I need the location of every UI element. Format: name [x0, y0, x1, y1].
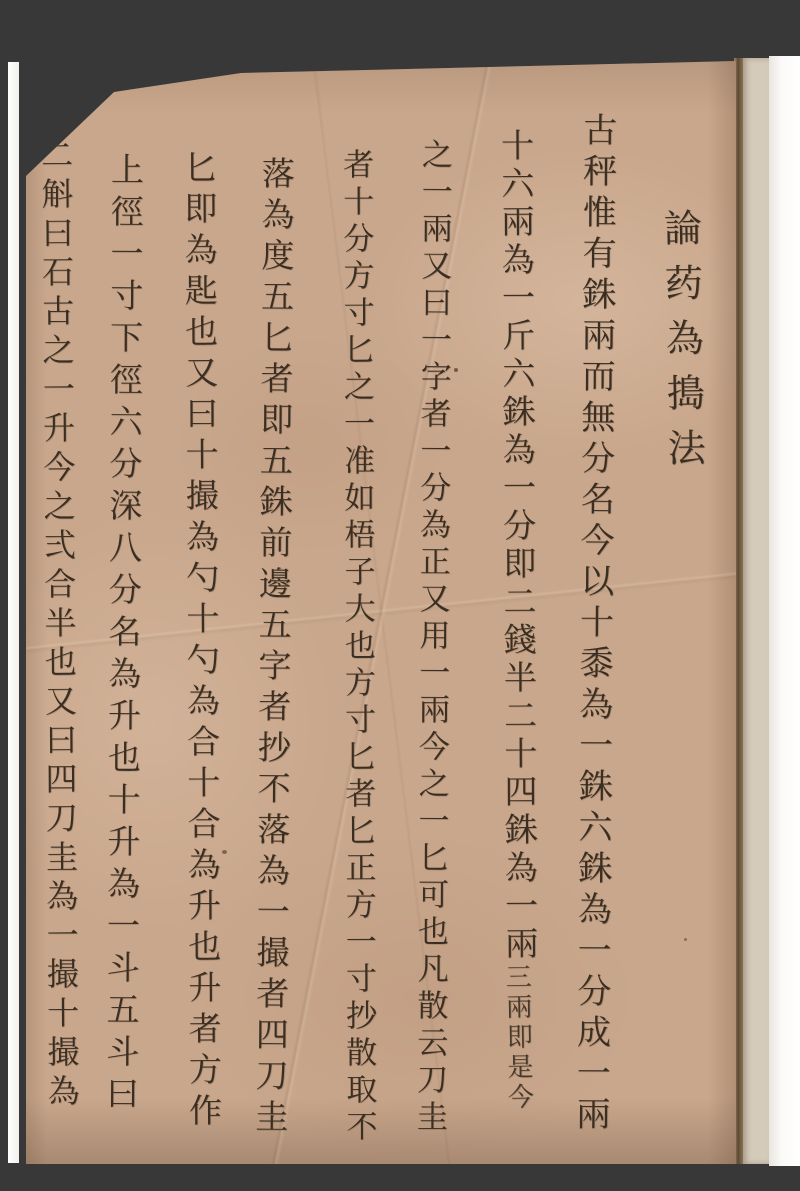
scan-margin-left: [8, 62, 19, 1163]
text-column-6: 匕即為匙也又曰十撮為勺十勺為合十合為升也升者方作: [175, 150, 227, 1134]
ink-speck: [222, 850, 227, 854]
manuscript-page: 論药為搗法 古秤惟有銖兩而無分名今以十黍為一銖六銖為一分成一兩 十六兩為一斤六銖…: [26, 58, 736, 1164]
text-column-8: 二斛曰石古之一升今之弍合半也又曰四刀圭為一撮十撮為: [32, 138, 85, 1113]
text-column-4: 者十分方寸匕之一准如梧子大也方寸匕者匕正方一寸抄散取不: [333, 148, 381, 1147]
scan-margin-right: [769, 56, 800, 1166]
ink-speck: [684, 938, 687, 941]
text-column-2: 十六兩為一斤六銖為一分即二錢半二十四銖為一兩: [492, 128, 543, 964]
ink-speck: [454, 368, 458, 372]
title-column: 論药為搗法: [652, 208, 712, 484]
text-column-7: 上徑一寸下徑六分深八分名為升也十升為一斗五斗曰: [97, 152, 149, 1118]
book-page-edge: [742, 58, 769, 1164]
text-column-5: 落為度五匕者即五銖前邊五字者抄不落為一撮者四刀圭: [246, 156, 300, 1140]
text-column-3: 之一兩又曰一字者一分為正又用一兩今之一匕可也凡散云刀圭: [407, 138, 457, 1137]
interlinear-note: 三兩即是今: [498, 963, 538, 1114]
text-column-1: 古秤惟有銖兩而無分名今以十黍為一銖六銖為一分成一兩: [566, 112, 622, 1137]
